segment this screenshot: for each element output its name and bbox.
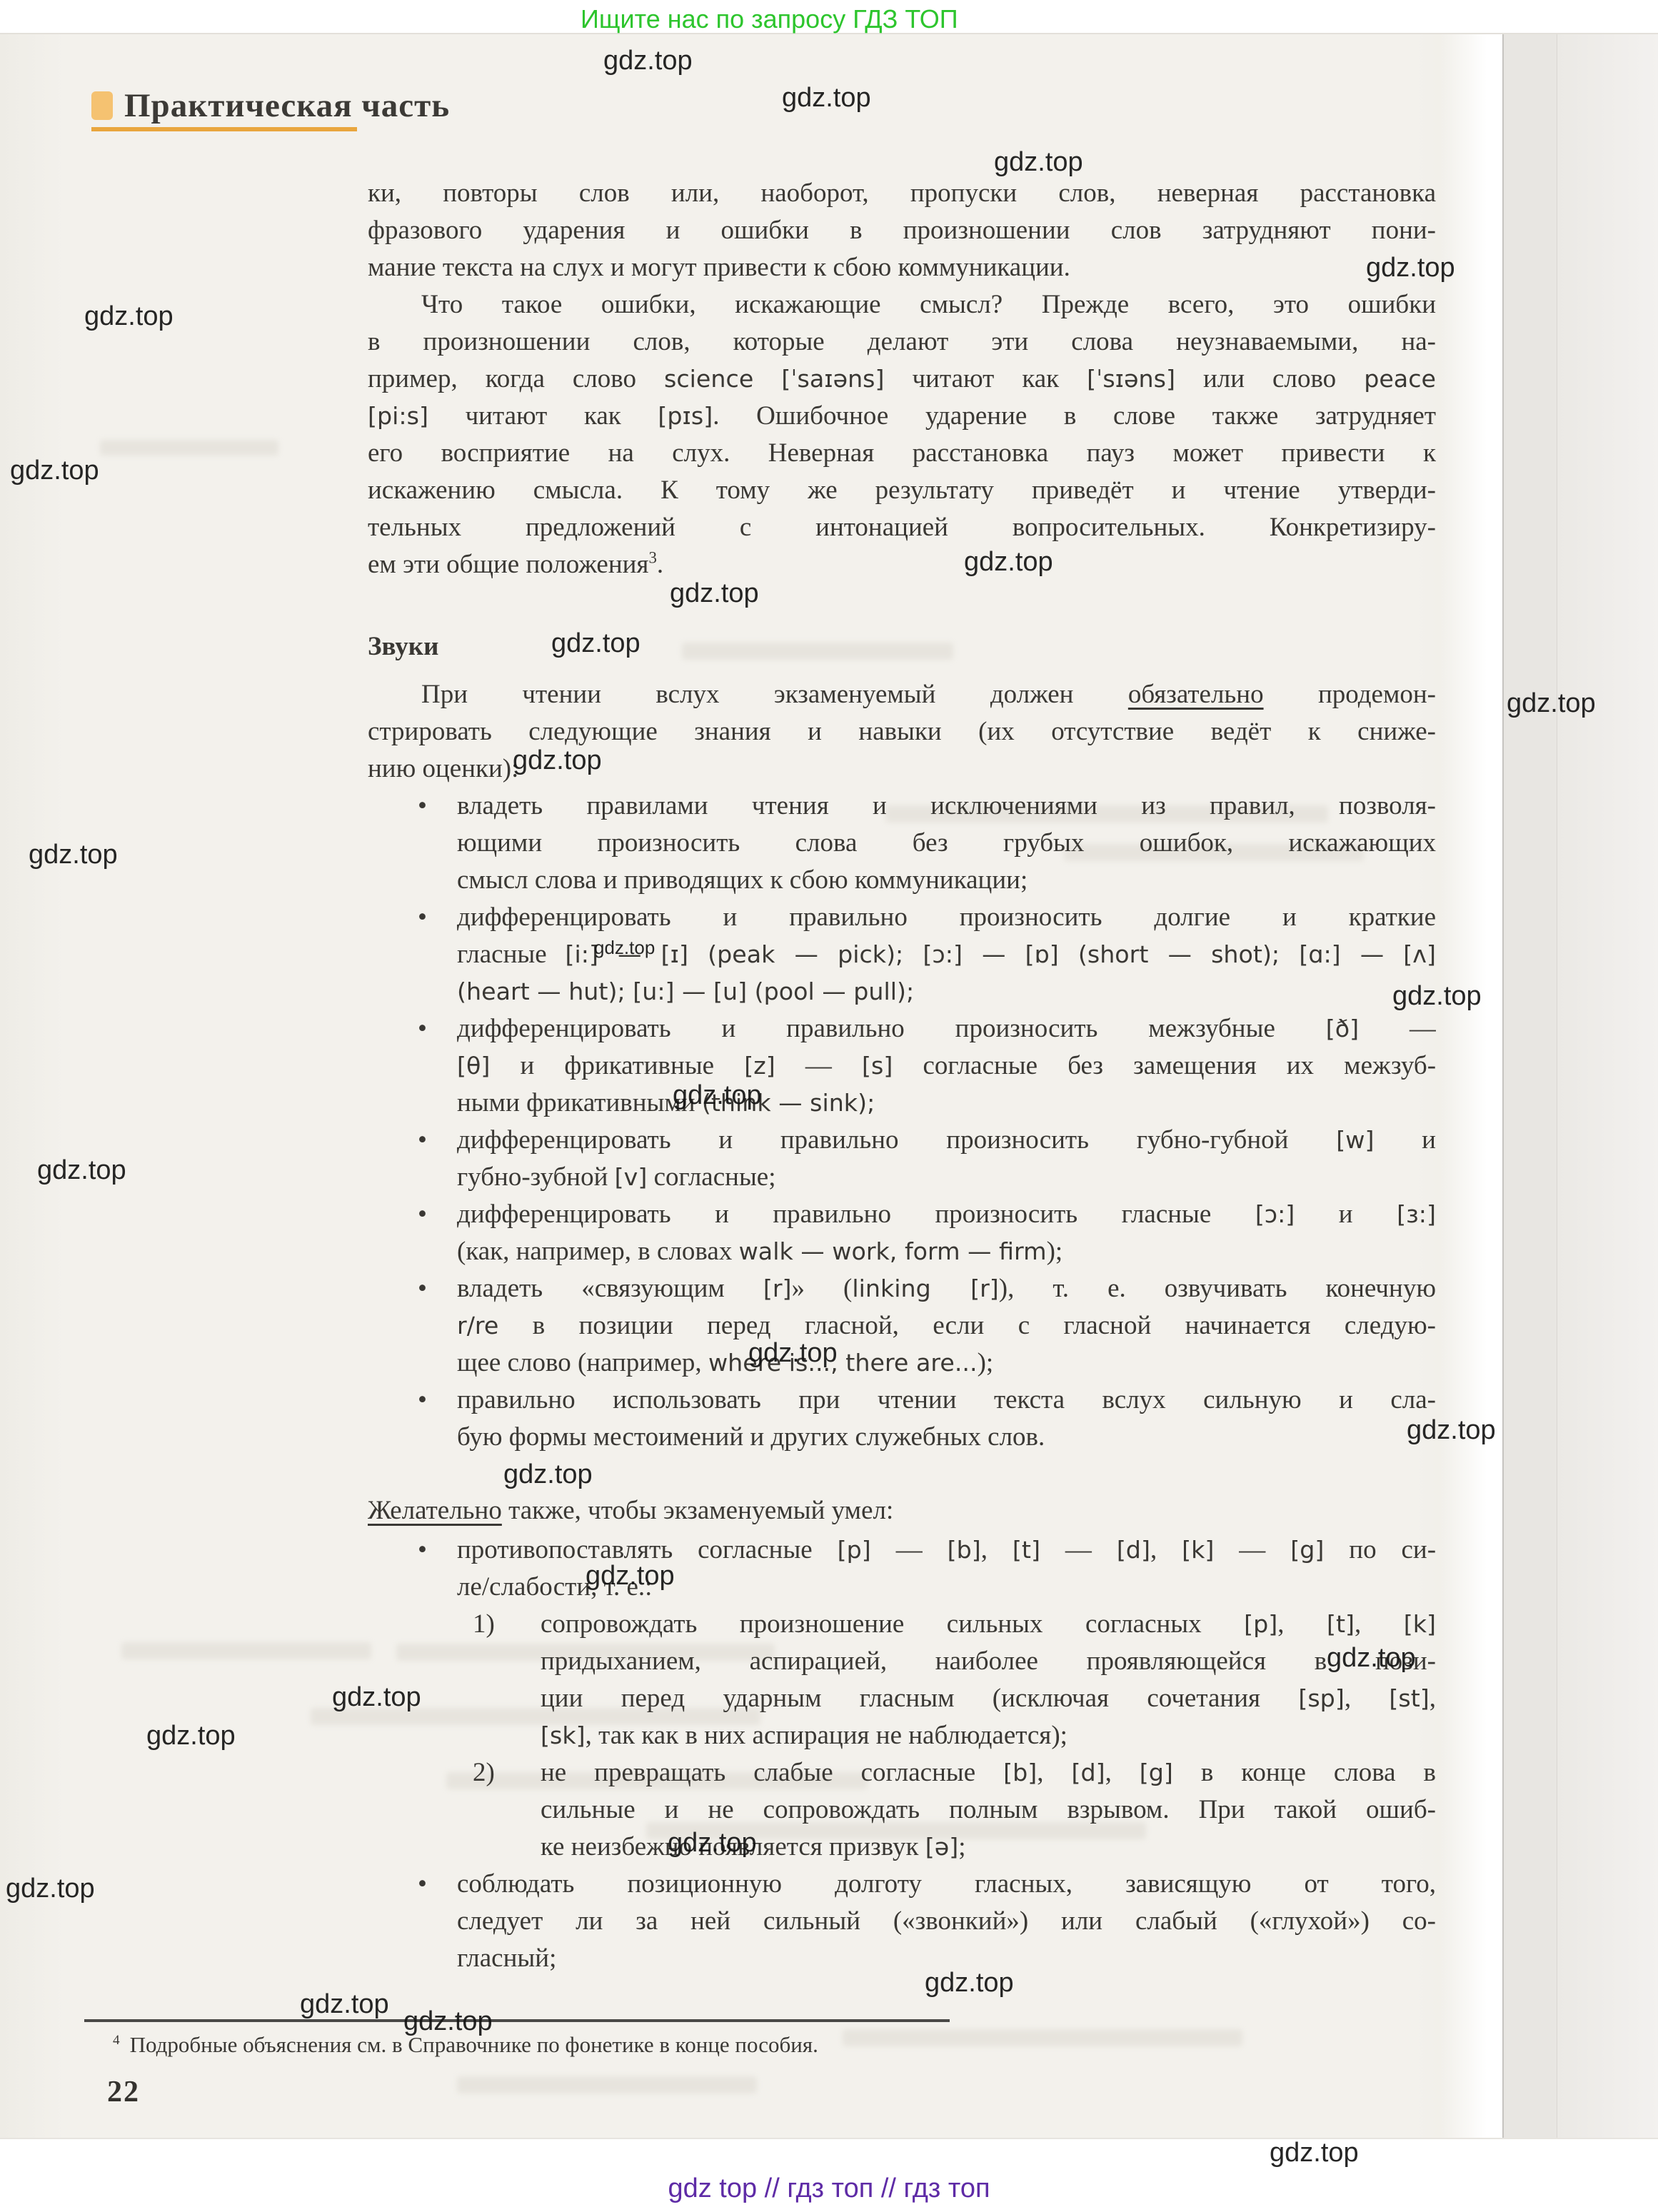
text-segment: [w] — [1336, 1126, 1374, 1154]
bullet-icon: • — [418, 1010, 427, 1047]
text-line: бую формы местоимений и других служебных… — [457, 1419, 1436, 1456]
text-segment: r/re — [457, 1312, 498, 1339]
gdz-watermark: gdz.top — [925, 1968, 1014, 1999]
text-line: (как, например, в словах walk — work, fo… — [457, 1233, 1436, 1270]
text-segment: [sk] — [541, 1721, 586, 1749]
text-line: При чтении вслух экзаменуемый должен обя… — [368, 676, 1436, 713]
gdz-watermark: gdz.top — [748, 1338, 838, 1369]
text-line: ки, повторы слов или, наоборот, пропуски… — [368, 175, 1436, 212]
text-segment: [pi:s] — [368, 402, 428, 430]
book-edge-strip — [1557, 34, 1658, 2138]
text-line: ем эти общие положения3. — [368, 546, 1436, 583]
text-line: ции перед ударным гласным (исключая соче… — [541, 1680, 1436, 1717]
gdz-watermark: gdz.top — [1407, 1415, 1496, 1446]
gdz-watermark: gdz.top — [503, 1459, 593, 1490]
text-line: в произношении слов, которые делают эти … — [368, 323, 1436, 361]
bullet-icon: • — [418, 1532, 427, 1569]
text-segment: [sp] — [1298, 1684, 1344, 1712]
gdz-watermark: gdz.top — [1327, 1643, 1416, 1674]
gdz-watermark: gdz.top — [551, 628, 640, 659]
text-line: дифференцировать и правильно произносить… — [457, 1122, 1436, 1159]
text-line: щее слово (например, where is..., there … — [457, 1344, 1436, 1382]
bullet-item: •правильно использовать при чтении текст… — [368, 1382, 1436, 1456]
desirable-paragraph: Желательно также, чтобы экзаменуемый уме… — [368, 1492, 1436, 1529]
text-segment: [st] — [1389, 1684, 1429, 1712]
gdz-watermark: gdz.top — [6, 1874, 95, 1904]
text-segment: [g] — [1140, 1759, 1173, 1786]
gdz-watermark: gdz.top — [603, 46, 693, 76]
bullet-item: •дифференцировать и правильно произносит… — [368, 1196, 1436, 1270]
numbered-item: 2)не превращать слабые согласные [b], [d… — [368, 1754, 1436, 1866]
text-line: дифференцировать и правильно произносить… — [457, 899, 1436, 936]
text-line: сопровождать произношение сильных соглас… — [541, 1606, 1436, 1643]
gdz-watermark: gdz.top — [84, 301, 174, 332]
bullet-icon: • — [418, 899, 427, 936]
text-segment: [ˈsaɪəns] — [781, 365, 884, 393]
text-line: Желательно также, чтобы экзаменуемый уме… — [368, 1492, 1436, 1529]
text-segment: [ə] — [925, 1833, 958, 1861]
bullet-icon: • — [418, 1382, 427, 1419]
text-segment: [z] — [744, 1052, 775, 1080]
gdz-watermark: gdz.top — [300, 1989, 389, 2020]
text-line: [pi:s] читают как [pɪs]. Ошибочное ударе… — [368, 398, 1436, 435]
heading-underline — [91, 127, 357, 131]
page-edge-highlight — [1440, 34, 1502, 2138]
text-line: губно-зубной [v] согласные; — [457, 1159, 1436, 1196]
page-edge-strip — [1502, 34, 1557, 2138]
text-line: пример, когда слово science [ˈsaɪəns] чи… — [368, 361, 1436, 398]
page-title: Практическая часть — [124, 89, 450, 123]
text-line: искажению смысла. К тому же результату п… — [368, 472, 1436, 509]
text-segment: [t] — [1013, 1536, 1040, 1564]
gdz-watermark: gdz.top — [670, 578, 759, 609]
intro-paragraph: ки, повторы слов или, наоборот, пропуски… — [368, 175, 1436, 286]
text-segment: [t] — [1327, 1610, 1355, 1638]
gdz-watermark: gdz.top — [403, 2006, 493, 2037]
text-line: мание текста на слух и могут привести к … — [368, 249, 1436, 286]
text-line: соблюдать позиционную долготу гласных, з… — [457, 1866, 1436, 1903]
show-through-artifact — [457, 2076, 757, 2093]
promo-banner: Ищите нас по запросу ГДЗ ТОП — [581, 4, 958, 34]
text-segment: [θ] — [457, 1052, 490, 1080]
text-line: Что такое ошибки, искажающие смысл? Преж… — [368, 286, 1436, 323]
text-segment: (heart — hut); [u:] — [u] (pool — pull); — [457, 977, 914, 1005]
subheading-text: Звуки — [368, 628, 1436, 665]
text-line: придыханием, аспирацией, наиболее проявл… — [541, 1643, 1436, 1680]
gdz-watermark: gdz.top — [586, 1561, 675, 1592]
text-segment: [ð] — [1326, 1015, 1359, 1042]
gdz-watermark: gdz.top — [29, 840, 118, 870]
text-column: ки, повторы слов или, наоборот, пропуски… — [368, 175, 1436, 1977]
text-line: r/re в позиции перед гласной, если с гла… — [457, 1307, 1436, 1344]
text-segment: [k] — [1404, 1610, 1436, 1638]
bullet-item: •владеть правилами чтения и исключениями… — [368, 788, 1436, 899]
text-line: не превращать слабые согласные [b], [d],… — [541, 1754, 1436, 1791]
text-segment: [p] — [838, 1536, 871, 1564]
text-segment: linking [r] — [852, 1275, 998, 1302]
footnote-text: 4Подробные объяснения см. в Справочнике … — [84, 2032, 1227, 2058]
gdz-watermark: gdz.top — [1270, 2138, 1359, 2168]
footer-watermark: gdz top // гдз топ // гдз топ — [668, 2173, 990, 2204]
bullet-icon: • — [418, 1122, 427, 1159]
text-line: [θ] и фрикативные [z] — [s] согласные бе… — [457, 1047, 1436, 1085]
item-number: 2) — [473, 1754, 495, 1791]
skills-list: •владеть правилами чтения и исключениями… — [368, 788, 1436, 1456]
gdz-watermark: gdz.top — [332, 1682, 421, 1713]
text-line: его восприятие на слух. Неверная расстан… — [368, 435, 1436, 472]
bullet-item: •дифференцировать и правильно произносит… — [368, 1122, 1436, 1196]
text-line: правильно использовать при чтении текста… — [457, 1382, 1436, 1419]
gdz-watermark: gdz.top — [513, 745, 602, 776]
text-segment: [r] — [763, 1275, 792, 1302]
gdz-watermark: gdz.top — [673, 1080, 762, 1111]
text-line: [sk], так как в них аспирация не наблюда… — [541, 1717, 1436, 1754]
footnote: 4Подробные объяснения см. в Справочнике … — [84, 2019, 1227, 2058]
bullet-item: •дифференцировать и правильно произносит… — [368, 899, 1436, 1010]
gdz-watermark: gdz.top — [1366, 253, 1455, 283]
bullet-item: •дифференцировать и правильно произносит… — [368, 1010, 1436, 1122]
text-segment: [d] — [1117, 1536, 1150, 1564]
text-line: тельных предложений с интонацией вопроси… — [368, 509, 1436, 546]
text-segment: [b] — [948, 1536, 981, 1564]
bullet-icon: • — [418, 1866, 427, 1903]
gdz-watermark: gdz.top — [994, 147, 1083, 178]
gdz-watermark: gdz.top — [668, 1828, 757, 1859]
text-segment: walk — work, form — firm — [739, 1237, 1047, 1265]
text-segment: [ɔ:] — [1255, 1200, 1295, 1228]
gdz-watermark: gdz.top — [594, 937, 655, 959]
text-line: дифференцировать и правильно произносить… — [457, 1010, 1436, 1047]
text-line: (heart — hut); [u:] — [u] (pool — pull); — [457, 973, 1436, 1010]
text-line: сильные и не сопровождать полным взрывом… — [541, 1791, 1436, 1829]
bullet-icon: • — [418, 788, 427, 825]
bullet-item: •соблюдать позиционную долготу гласных, … — [368, 1866, 1436, 1977]
text-line: ными фрикативными (think — sink); — [457, 1085, 1436, 1122]
gdz-watermark: gdz.top — [10, 456, 99, 486]
gdz-watermark: gdz.top — [1392, 981, 1482, 1012]
show-through-artifact — [100, 440, 278, 456]
show-through-artifact — [121, 1642, 371, 1659]
desirable-list: •противопоставлять согласные [p] — [b], … — [368, 1532, 1436, 1977]
text-segment: обязательно — [1128, 680, 1264, 709]
section-heading: Практическая часть — [91, 89, 450, 131]
text-line: ющими произносить слова без грубых ошибо… — [457, 825, 1436, 862]
gdz-watermark: gdz.top — [782, 83, 871, 114]
text-segment: [p] — [1244, 1610, 1277, 1638]
text-segment: [d] — [1071, 1759, 1105, 1786]
bullet-item: •владеть «связующим [r]» (linking [r]), … — [368, 1270, 1436, 1382]
bullet-item: •противопоставлять согласные [p] — [b], … — [368, 1532, 1436, 1606]
text-segment: [pɪs] — [658, 402, 713, 430]
bullet-icon: • — [418, 1270, 427, 1307]
text-line: фразового ударения и ошибки в произношен… — [368, 212, 1436, 249]
text-segment: [i:] — [ɪ] (peak — pick); [ɔ:] — [ɒ] (sh… — [566, 940, 1436, 968]
text-segment: [k] — [1182, 1536, 1214, 1564]
text-line: следует ли за ней сильный («звонкий») ил… — [457, 1903, 1436, 1940]
text-segment: [ɜ:] — [1397, 1200, 1436, 1228]
item-number: 1) — [473, 1606, 495, 1643]
text-line: дифференцировать и правильно произносить… — [457, 1196, 1436, 1233]
sounds-heading: Звуки — [368, 628, 1436, 665]
text-segment: [ˈsɪəns] — [1087, 365, 1175, 393]
text-segment: 3 — [648, 549, 656, 567]
gdz-watermark: gdz.top — [37, 1155, 126, 1186]
footnote-rule — [84, 2019, 950, 2022]
text-segment: peace — [1364, 365, 1436, 393]
gdz-watermark: gdz.top — [1507, 688, 1596, 719]
text-line: владеть «связующим [r]» (linking [r]), т… — [457, 1270, 1436, 1307]
gdz-watermark: gdz.top — [964, 547, 1053, 578]
text-segment: [g] — [1290, 1536, 1324, 1564]
footnote-marker: 4 — [113, 2033, 120, 2048]
page-number: 22 — [107, 2075, 140, 2109]
text-line: смысл слова и приводящих к сбою коммуник… — [457, 862, 1436, 899]
text-line: владеть правилами чтения и исключениями … — [457, 788, 1436, 825]
text-segment: [b] — [1003, 1759, 1037, 1786]
text-segment: science — [664, 365, 753, 393]
text-segment: [s] — [862, 1052, 893, 1080]
text-segment: Желательно — [368, 1496, 502, 1525]
bullet-icon: • — [418, 1196, 427, 1233]
numbered-item: 1)сопровождать произношение сильных согл… — [368, 1606, 1436, 1754]
gdz-watermark: gdz.top — [146, 1721, 236, 1751]
errors-paragraph: Что такое ошибки, искажающие смысл? Преж… — [368, 286, 1436, 583]
accent-square-icon — [91, 91, 113, 120]
text-segment: [v] — [615, 1163, 648, 1191]
